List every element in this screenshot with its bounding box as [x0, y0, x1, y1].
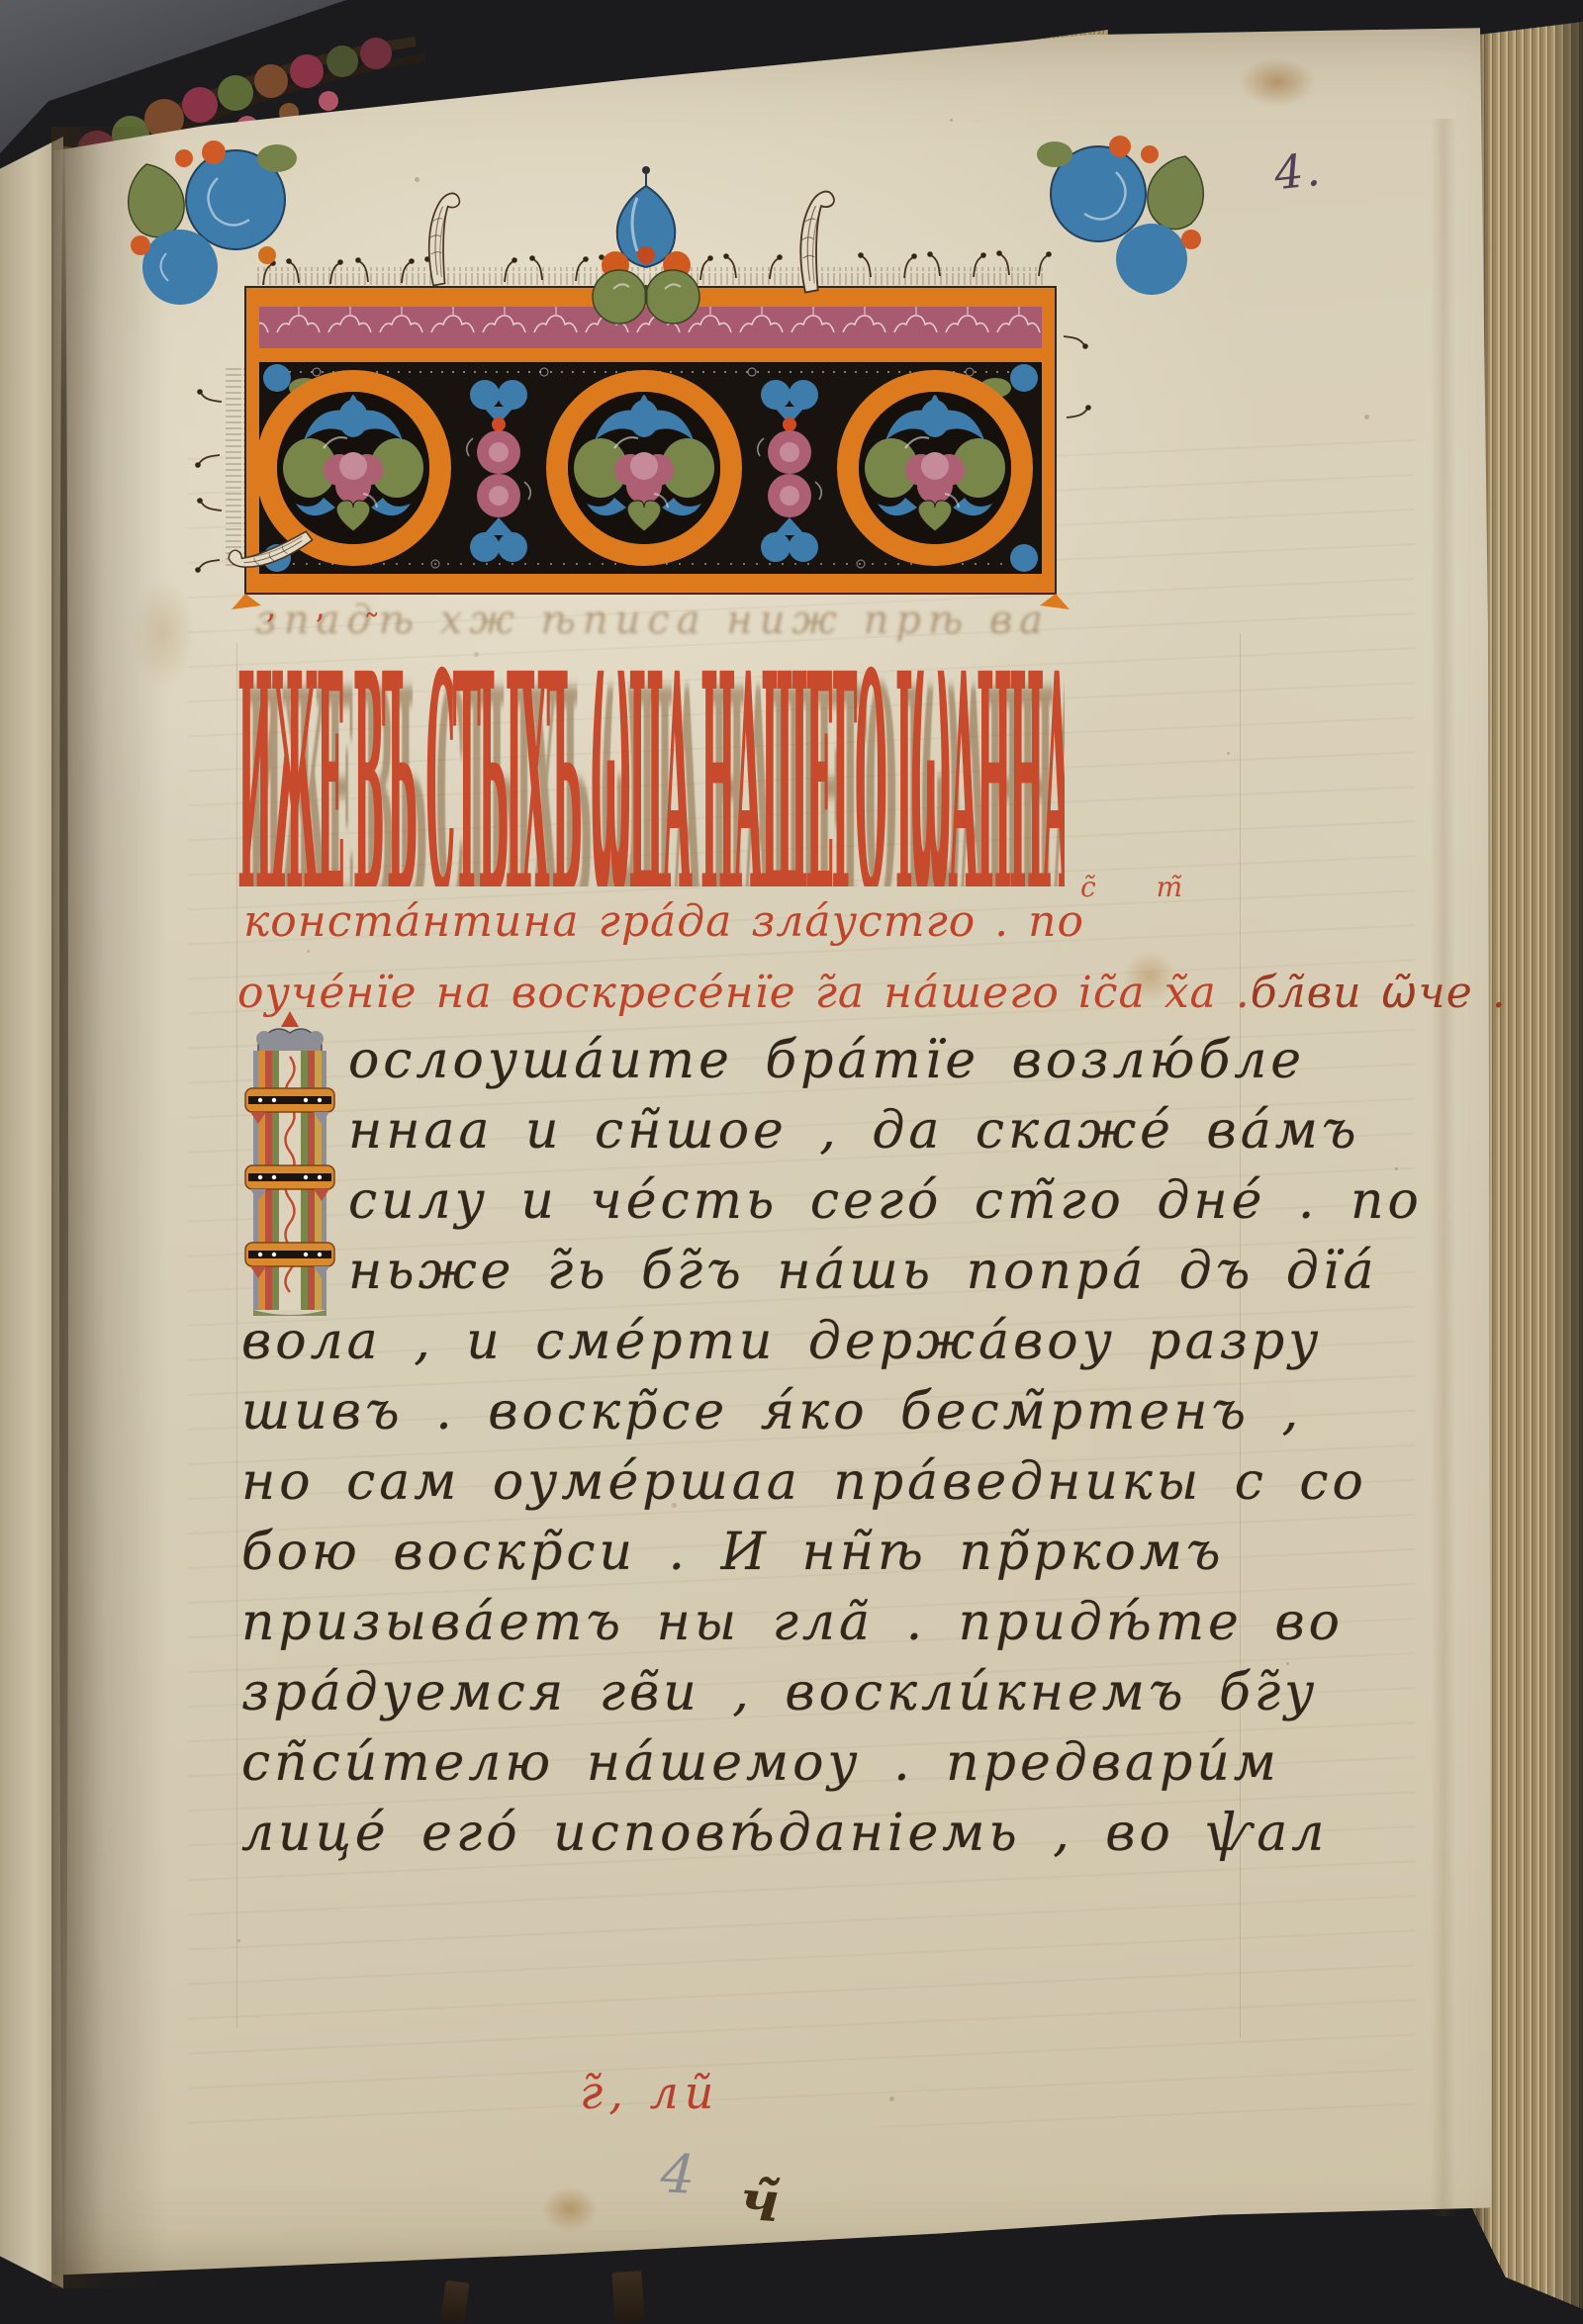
text-line: зра́дуемся гв̃и , воскли́кнемъ бг̃у [241, 1663, 1318, 1722]
gutter-crease [59, 148, 68, 2276]
text-line: ннаа и сн̃шое , да скаже́ ва́мъ [348, 1101, 1359, 1161]
illuminated-headpiece [119, 129, 1227, 663]
rubric-line-2-end: бл̃ви ѡ̃че . [1251, 968, 1507, 1018]
rubric-line-2: оуче́нїе на воскресе́нїе г̃а на́шего іс̃… [237, 968, 1251, 1018]
vyaz-title-block: ИЖЕ ВЪ СТЫХЪ ѠЦА НАШЕГО ІѠАННА АРХІЕПА И… [237, 651, 1065, 886]
red-accent-marks: ’ ’ ˜ [265, 607, 394, 647]
rubric-superscript: с̃ т̃ [1080, 871, 1208, 903]
text-line: призыва́етъ ны гла̃ . придѣ́те во [241, 1593, 1344, 1652]
ink-quire-mark: ч̃ [738, 2168, 783, 2236]
page-crease [1431, 119, 1456, 2216]
rubric-line: оуче́нїе на воскресе́нїе г̃а на́шего іс̃… [237, 968, 1251, 1018]
text-line: сп̃си́телю на́шемоу . предвари́м [241, 1733, 1280, 1793]
stain [1223, 47, 1332, 117]
text-line: но сам оуме́ршаа пра́ведникы с со [241, 1452, 1367, 1512]
manuscript-photo: 4. [0, 0, 1583, 2324]
text-line: бою воскр̃си . И нн̃ѣ пр̃ркомъ [241, 1523, 1225, 1582]
binding-tie [611, 2271, 644, 2322]
folio-number: 4. [1271, 142, 1324, 201]
dome-finial [593, 166, 699, 324]
text-line: вола , и сме́рти держа́воу разру [241, 1312, 1322, 1371]
pencil-foliation: 4 [659, 2142, 697, 2206]
vyaz-title: ИЖЕ ВЪ СТЫХЪ ѠЦА НАШЕГО ІѠАННА АРХІЕПА [237, 675, 1065, 886]
text-line: лице́ его́ исповѣ́даніемь , во ѱал [241, 1804, 1328, 1863]
quire-signature: г̃, ли̃ [580, 2066, 719, 2119]
stain [530, 2177, 609, 2242]
text-line: ньже г̃ь бг̃ъ на́шь попра́ дъ дїа́ [348, 1242, 1378, 1301]
right-finial-cluster [1037, 136, 1203, 295]
ornamental-initial [240, 1011, 339, 1316]
binding-tie [441, 2280, 470, 2323]
rubric-line: конста́нтина гра́да зла́устго . по [243, 896, 1084, 947]
text-line: силу и че́сть сего́ ст̃го дне́ . по [348, 1171, 1423, 1231]
text-line: шивъ . воскр̃се я́ко бесм̃ртенъ , [241, 1382, 1302, 1441]
parchment-specks [0, 0, 3, 3]
text-line: ослоуша́ите бра́тїе возлю́бле [348, 1031, 1305, 1090]
